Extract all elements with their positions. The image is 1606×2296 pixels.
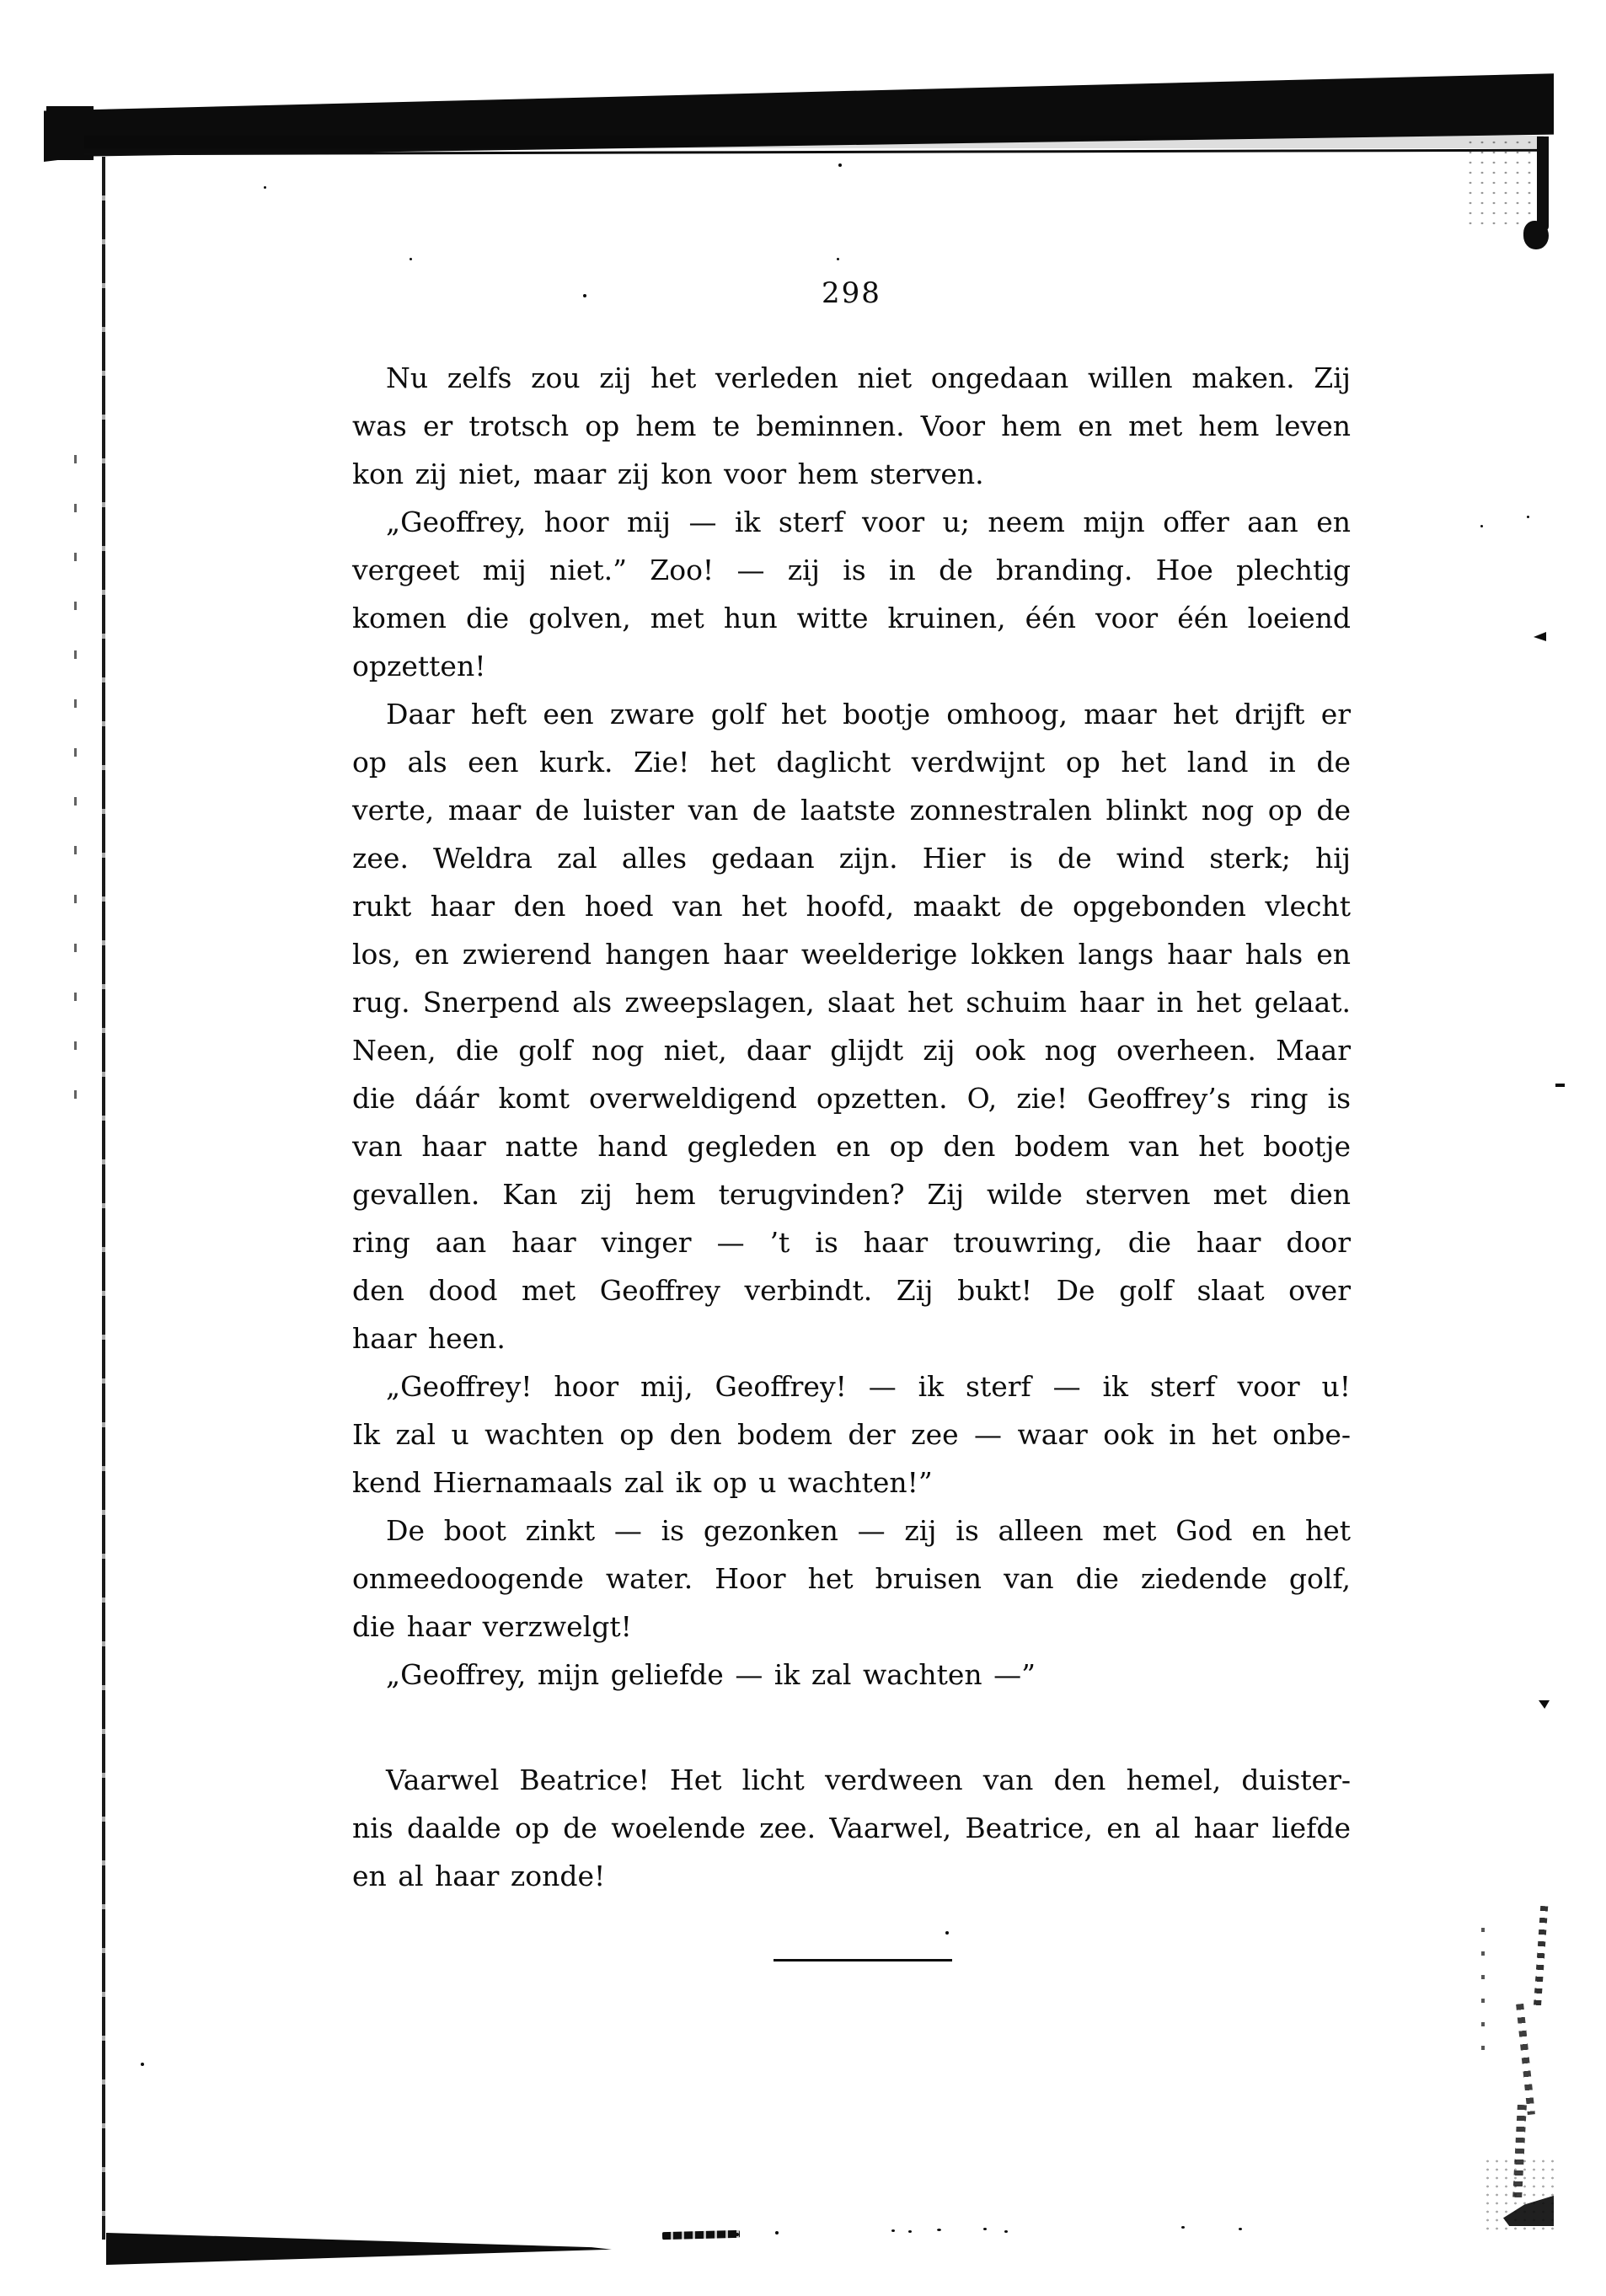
page-number: 298: [352, 276, 1351, 310]
paragraph: De boot zinkt — is gezonken — zij is all…: [352, 1507, 1351, 1651]
text-line: „Geoffrey! hoor mij, Geoffrey! — ik ster…: [352, 1362, 1351, 1410]
paragraph: Vaarwel Beatrice! Het licht verdween van…: [352, 1756, 1351, 1900]
text-line: komen die golven, met hun witte kruinen,…: [352, 594, 1351, 642]
scan-artifact-right-streak: [1516, 2004, 1535, 2115]
text-line: rug. Snerpend als zweepslagen, slaat het…: [352, 978, 1351, 1026]
scan-artifact-left-edge-line: [102, 157, 105, 2240]
scanned-book-page: 298 Nu zelfs zou zij het verleden niet o…: [0, 0, 1606, 2296]
text-line: gevallen. Kan zij hem terugvinden? Zij w…: [352, 1170, 1351, 1218]
text-line: verte, maar de luister van de laatste zo…: [352, 786, 1351, 834]
text-line: De boot zinkt — is gezonken — zij is all…: [352, 1507, 1351, 1555]
text-line: Nu zelfs zou zij het verleden niet onged…: [352, 354, 1351, 402]
paragraph: „Geoffrey! hoor mij, Geoffrey! — ik ster…: [352, 1362, 1351, 1507]
scan-artifact-dot: [908, 2230, 912, 2233]
scan-artifact-dot: [1004, 2230, 1008, 2233]
scan-artifact-bottom-scribble: [662, 2230, 740, 2240]
scan-artifact-right-streak: [1534, 1906, 1548, 2009]
scan-artifact-dot: [1527, 516, 1529, 518]
text-line: nis daalde op de woelende zee. Vaarwel, …: [352, 1804, 1351, 1852]
text-line: Ik zal u wachten op den bodem der zee — …: [352, 1410, 1351, 1458]
text-line: „Geoffrey, mijn geliefde — ik zal wachte…: [352, 1651, 1351, 1699]
text-line: den dood met Geoffrey verbindt. Zij bukt…: [352, 1266, 1351, 1314]
text-line: onmeedoogende water. Hoor het bruisen va…: [352, 1555, 1351, 1603]
scan-artifact-speck: [1534, 632, 1546, 641]
scan-artifact-dot: [775, 2231, 779, 2234]
scan-artifact-dot: [837, 258, 839, 260]
text-line: die dáár komt overweldigend opzetten. O,…: [352, 1074, 1351, 1122]
text-line: en al haar zonde!: [352, 1852, 1351, 1900]
section-divider: [774, 1959, 952, 1962]
scan-artifact-left-dashes: [74, 455, 77, 1112]
scan-artifact-dot: [1181, 2226, 1185, 2229]
text-line: „Geoffrey, hoor mij — ik sterf voor u; n…: [352, 498, 1351, 546]
scan-artifact-speckle-cloud: [1464, 137, 1535, 232]
text-line: ring aan haar vinger — ’t is haar trouwr…: [352, 1218, 1351, 1266]
scan-artifact-dot: [983, 2228, 987, 2230]
scan-artifact-dot: [736, 2233, 739, 2236]
paragraph: „Geoffrey, hoor mij — ik sterf voor u; n…: [352, 498, 1351, 690]
text-line: van haar natte hand gegleden en op den b…: [352, 1122, 1351, 1170]
text-line: die haar verzwelgt!: [352, 1603, 1351, 1651]
text-line: opzetten!: [352, 642, 1351, 690]
scan-artifact-dot: [141, 2063, 144, 2066]
scan-artifact-top-strip: [84, 136, 1544, 148]
text-line: Neen, die golf nog niet, daar glijdt zij…: [352, 1026, 1351, 1074]
paragraph: Nu zelfs zou zij het verleden niet onged…: [352, 354, 1351, 498]
scan-artifact-dot-column: [1481, 1928, 1485, 2054]
scan-artifact-dot: [891, 2229, 895, 2232]
text-line: kon zij niet, maar zij kon voor hem ster…: [352, 450, 1351, 498]
scan-artifact-dot: [410, 258, 412, 260]
scan-artifact-dot: [1480, 525, 1483, 527]
scan-artifact-bottom-left-wedge: [106, 2233, 612, 2265]
scan-artifact-speck: [1539, 1700, 1550, 1709]
text-line: haar heen.: [352, 1314, 1351, 1362]
scan-artifact-speck: [1555, 1084, 1565, 1087]
text-line: rukt haar den hoed van het hoofd, maakt …: [352, 882, 1351, 930]
scan-artifact-dot: [264, 186, 266, 189]
text-line: Vaarwel Beatrice! Het licht verdween van…: [352, 1756, 1351, 1804]
text-line: op als een kurk. Zie! het daglicht verdw…: [352, 738, 1351, 786]
scan-artifact-right-hook: [1537, 136, 1549, 231]
text-line: was er trotsch op hem te beminnen. Voor …: [352, 402, 1351, 450]
scan-artifact-dot: [1239, 2228, 1242, 2230]
scan-artifact-dot: [945, 1931, 949, 1935]
text-line: zee. Weldra zal alles gedaan zijn. Hier …: [352, 834, 1351, 882]
scan-artifact-dot: [937, 2229, 941, 2231]
text-line: Daar heft een zware golf het bootje omho…: [352, 690, 1351, 738]
scan-artifact-dot: [838, 163, 842, 167]
paragraph: Daar heft een zware golf het bootje omho…: [352, 690, 1351, 1362]
text-line: vergeet mij niet.” Zoo! — zij is in de b…: [352, 546, 1351, 594]
text-line: kend Hiernamaals zal ik op u wachten!”: [352, 1458, 1351, 1507]
page-content: Nu zelfs zou zij het verleden niet onged…: [352, 354, 1351, 1900]
paragraph: „Geoffrey, mijn geliefde — ik zal wachte…: [352, 1651, 1351, 1699]
text-line: los, en zwierend hangen haar weelderige …: [352, 930, 1351, 978]
